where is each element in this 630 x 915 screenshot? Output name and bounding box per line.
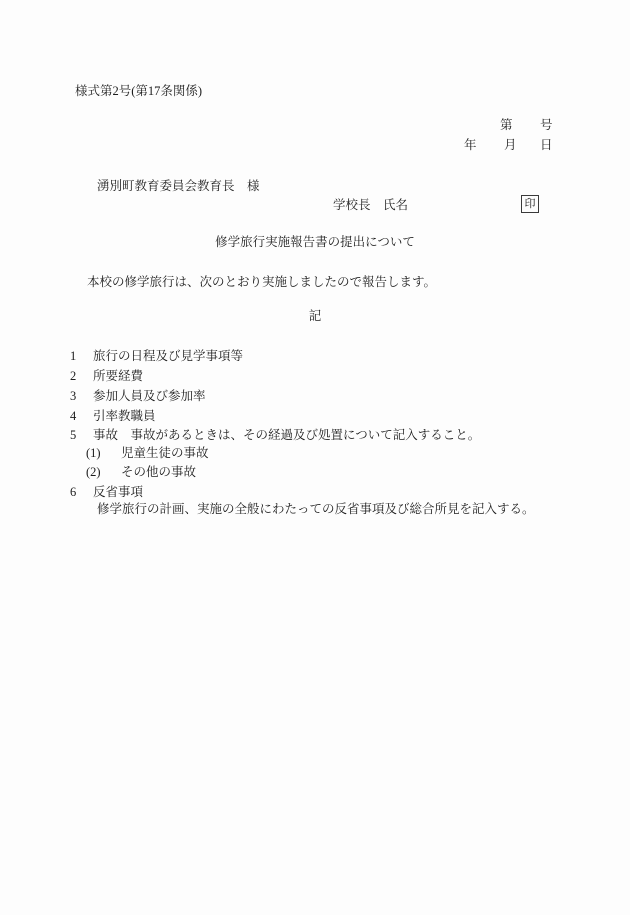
number-prefix-label: 第 [500,118,513,133]
list-item-number: 2 [70,369,76,384]
list-item-number: 3 [70,389,76,404]
list-item: 2 所要経費 [0,369,630,385]
sender-label: 学校長 氏名 [333,198,408,213]
list-subitem-number: (2) [86,465,101,480]
list-item: 5 事故 事故があるときは、その経過及び処置について記入すること。 [0,428,630,444]
list-item: 6 反省事項 [0,485,630,501]
list-item: 4 引率教職員 [0,409,630,425]
list-item-text: 引率教職員 [93,409,156,424]
list-item-number: 4 [70,409,76,424]
list-subitem: (2) その他の事故 [0,465,630,481]
seal-box: 印 [521,195,539,213]
addressee-line: 湧別町教育委員会教育長 様 [97,179,260,194]
date-month-label: 月 [504,138,517,153]
list-item-number: 6 [70,485,76,500]
date-day-label: 日 [540,138,553,153]
list-item-text: 所要経費 [93,369,143,384]
record-marker: 記 [0,309,630,324]
list-item: 1 旅行の日程及び見学事項等 [0,349,630,365]
list-item-text: 事故 事故があるときは、その経過及び処置について記入すること。 [93,428,480,443]
document-page: 様式第2号(第17条関係) 第 号 年 月 日 湧別町教育委員会教育長 様 学校… [0,0,630,915]
list-item-text: 反省事項 [93,485,143,500]
date-year-label: 年 [464,138,477,153]
list-item-number: 1 [70,349,76,364]
list-subitem: (1) 児童生徒の事故 [0,446,630,462]
list-item: 3 参加人員及び参加率 [0,389,630,405]
number-unit-label: 号 [540,118,553,133]
list-item-note: 修学旅行の計画、実施の全般にわたっての反省事項及び総合所見を記入する。 [0,502,630,518]
list-item-text: 旅行の日程及び見学事項等 [93,349,243,364]
list-item-note-text: 修学旅行の計画、実施の全般にわたっての反省事項及び総合所見を記入する。 [97,502,535,517]
list-item-number: 5 [70,428,76,443]
seal-mark: 印 [525,199,536,210]
list-item-text: 参加人員及び参加率 [93,389,206,404]
list-subitem-number: (1) [86,446,101,461]
body-text: 本校の修学旅行は、次のとおり実施しましたので報告します。 [87,275,436,290]
form-label: 様式第2号(第17条関係) [75,84,202,99]
document-title: 修学旅行実施報告書の提出について [0,235,630,250]
list-subitem-text: その他の事故 [121,465,196,480]
list-subitem-text: 児童生徒の事故 [121,446,209,461]
